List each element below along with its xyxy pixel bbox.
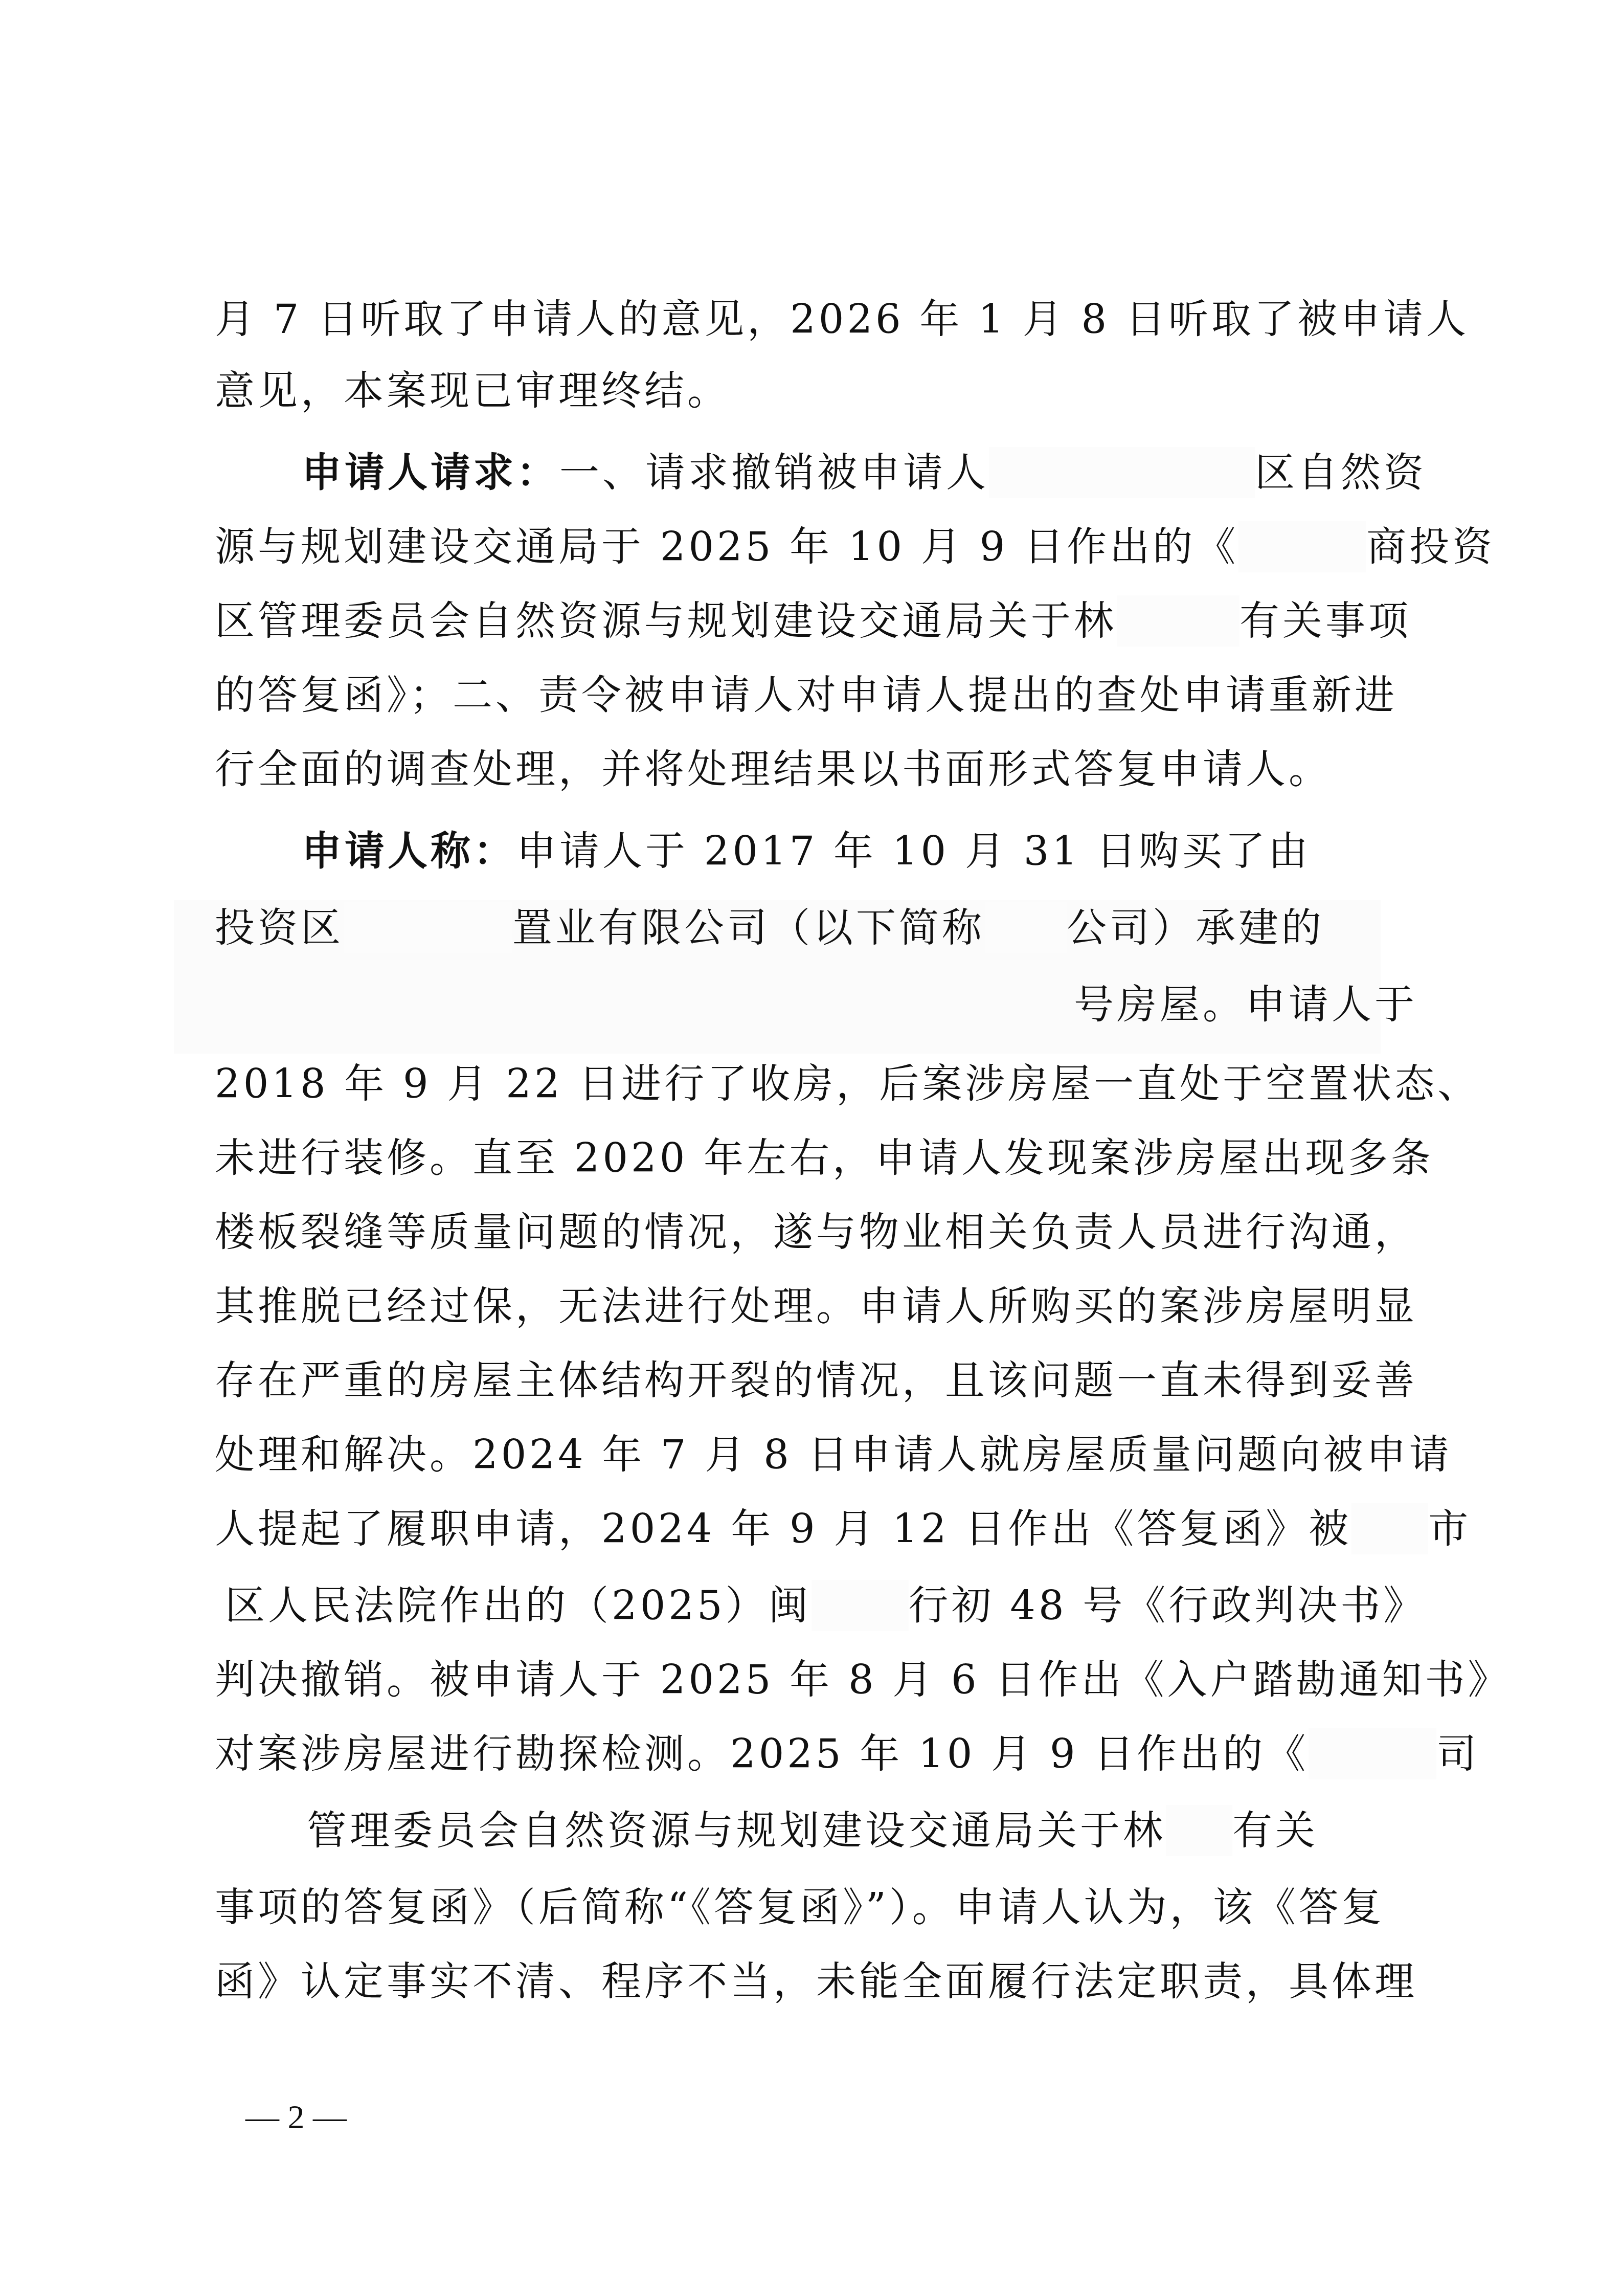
text-segment: 申请人于 2017 年 10 月 31 日购买了由 [516, 818, 1311, 885]
text-line: 区人民法院作出的（2025）闽行初 48 号《行政判决书》 [215, 1573, 1442, 1639]
text-segment: 一、请求撤销被申请人 [559, 440, 989, 506]
text-segment: 司 [1436, 1721, 1479, 1788]
text-segment: 处理和解决。2024 年 7 月 8 日申请人就房屋质量问题向被申请 [215, 1422, 1452, 1488]
text-line: 区管理委员会自然资源与规划建设交通局关于林有关事项 [215, 588, 1432, 655]
text-line: 人提起了履职申请，2024 年 9 月 12 日作出《答复函》被市 [215, 1496, 1432, 1563]
text-segment: 2018 年 9 月 22 日进行了收房，后案涉房屋一直处于空置状态、 [215, 1051, 1480, 1118]
text-line: 行全面的调查处理，并将处理结果以书面形式答复申请人。 [215, 737, 1432, 803]
text-segment: 市 [1428, 1496, 1471, 1563]
redacted-text [989, 447, 1255, 498]
text-line: 判决撤销。被申请人于 2025 年 8 月 6 日作出《入户踏勘通知书》 [215, 1647, 1432, 1713]
document-page: 月 7 日听取了申请人的意见，2026 年 1 月 8 日听取了被申请人意见，本… [0, 0, 1623, 2296]
text-line: 2018 年 9 月 22 日进行了收房，后案涉房屋一直处于空置状态、 [215, 1051, 1432, 1118]
text-segment: 人提起了履职申请，2024 年 9 月 12 日作出《答复函》被 [215, 1496, 1351, 1563]
text-line: 申请人称：申请人于 2017 年 10 月 31 日购买了由 [215, 818, 1519, 885]
text-segment: 置业有限公司（以下简称 [512, 895, 985, 962]
text-line: 投资区置业有限公司（以下简称公司）承建的 [215, 895, 1432, 962]
text-segment: 事项的答复函》（后简称“《答复函》”）。申请人认为，该《答复 [215, 1875, 1385, 1941]
text-segment: 区人民法院作出的（2025）闽 [225, 1573, 811, 1639]
text-segment: 行初 48 号《行政判决书》 [909, 1573, 1427, 1639]
text-segment: 月 7 日听取了申请人的意见，2026 年 1 月 8 日听取了被申请人 [215, 286, 1469, 353]
text-segment: 其推脱已经过保，无法进行处理。申请人所购买的案涉房屋明显 [215, 1274, 1417, 1340]
redacted-text [344, 902, 512, 953]
redacted-text [985, 902, 1067, 953]
text-segment: 商投资 [1366, 514, 1495, 581]
text-line: 函》认定事实不清、程序不当，未能全面履行法定职责，具体理 [215, 1949, 1432, 2015]
redacted-text [1166, 1805, 1232, 1856]
text-segment: 区自然资 [1255, 440, 1427, 506]
text-segment: 源与规划建设交通局于 2025 年 10 月 9 日作出的《 [215, 514, 1238, 581]
text-line: 处理和解决。2024 年 7 月 8 日申请人就房屋质量问题向被申请 [215, 1422, 1432, 1488]
text-segment: 行全面的调查处理，并将处理结果以书面形式答复申请人。 [215, 737, 1332, 803]
text-line: 楼板裂缝等质量问题的情况，遂与物业相关负责人员进行沟通， [215, 1199, 1432, 1266]
redacted-text [811, 1580, 909, 1631]
text-line: 月 7 日听取了申请人的意见，2026 年 1 月 8 日听取了被申请人 [215, 286, 1432, 353]
text-line: 未进行装修。直至 2020 年左右，申请人发现案涉房屋出现多条 [215, 1125, 1432, 1192]
text-segment: 存在严重的房屋主体结构开裂的情况，且该问题一直未得到妥善 [215, 1348, 1417, 1414]
text-segment: 对案涉房屋进行勘探检测。2025 年 10 月 9 日作出的《 [215, 1721, 1309, 1788]
redacted-text [1309, 1728, 1436, 1779]
text-line: 事项的答复函》（后简称“《答复函》”）。申请人认为，该《答复 [215, 1875, 1432, 1941]
text-segment: 函》认定事实不清、程序不当，未能全面履行法定职责，具体理 [215, 1949, 1417, 2015]
redacted-text [1238, 521, 1366, 572]
text-line: 意见，本案现已审理终结。 [215, 358, 1432, 425]
text-segment: 区管理委员会自然资源与规划建设交通局关于林 [215, 588, 1117, 655]
text-segment: 的答复函》；二、责令被申请人对申请人提出的查处申请重新进 [215, 662, 1397, 729]
text-segment: 有关事项 [1239, 588, 1411, 655]
text-segment: 管理委员会自然资源与规划建设交通局关于林 [307, 1798, 1166, 1864]
text-segment: 号房屋。申请人于 [1074, 972, 1417, 1038]
text-segment: 楼板裂缝等质量问题的情况，遂与物业相关负责人员进行沟通， [215, 1199, 1417, 1266]
text-line: 号房屋。申请人于 [215, 972, 1623, 1038]
section-label: 申请人称： [302, 818, 516, 885]
text-line: 管理委员会自然资源与规划建设交通局关于林有关 [215, 1798, 1524, 1864]
page-number: — 2 — [245, 2092, 347, 2143]
redacted-text [1117, 595, 1239, 647]
text-line: 申请人请求：一、请求撤销被申请人区自然资 [215, 440, 1519, 506]
text-segment: 意见，本案现已审理终结。 [215, 358, 730, 425]
text-segment: 有关 [1232, 1798, 1318, 1864]
text-line: 其推脱已经过保，无法进行处理。申请人所购买的案涉房屋明显 [215, 1274, 1432, 1340]
text-segment: 判决撤销。被申请人于 2025 年 8 月 6 日作出《入户踏勘通知书》 [215, 1647, 1511, 1713]
text-segment: 投资区 [215, 895, 344, 962]
text-line: 的答复函》；二、责令被申请人对申请人提出的查处申请重新进 [215, 662, 1432, 729]
text-line: 源与规划建设交通局于 2025 年 10 月 9 日作出的《商投资 [215, 514, 1432, 581]
section-label: 申请人请求： [302, 440, 559, 506]
text-segment: 公司）承建的 [1067, 895, 1324, 962]
text-line: 存在严重的房屋主体结构开裂的情况，且该问题一直未得到妥善 [215, 1348, 1432, 1414]
text-segment: 未进行装修。直至 2020 年左右，申请人发现案涉房屋出现多条 [215, 1125, 1434, 1192]
redacted-text [1351, 1503, 1428, 1554]
text-line: 对案涉房屋进行勘探检测。2025 年 10 月 9 日作出的《司 [215, 1721, 1432, 1788]
